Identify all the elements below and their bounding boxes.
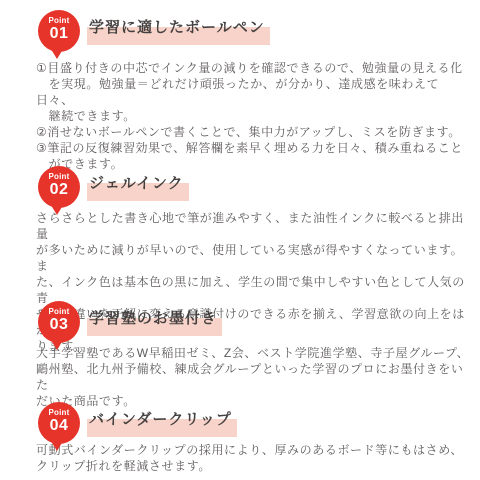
point-badge: Point 02 bbox=[38, 166, 80, 208]
point-badge: Point 01 bbox=[38, 10, 80, 52]
product-feature-panel: Point 01 学習に適したボールペン ①目盛り付きの中芯でインク量の減りを確… bbox=[0, 0, 480, 480]
section-header: Point 02 ジェルインク bbox=[38, 166, 480, 208]
point-badge: Point 03 bbox=[38, 301, 80, 343]
section-heading-text: ジェルインク bbox=[87, 176, 189, 201]
feature-section-1: Point 01 学習に適したボールペン ①目盛り付きの中芯でインク量の減りを確… bbox=[0, 10, 480, 172]
point-badge-label: Point bbox=[49, 307, 70, 316]
point-badge-label: Point bbox=[49, 408, 70, 417]
section-heading: ジェルインク bbox=[87, 176, 189, 201]
section-body-text: ①目盛り付きの中芯でインク量の減りを確認できるので、勉強量の見える化 を実現。勉… bbox=[36, 60, 470, 172]
feature-section-3: Point 03 学習塾のお墨付き 大手学習塾であるW早稲田ゼミ、Z会、ベスト学… bbox=[0, 301, 480, 409]
point-badge-label: Point bbox=[49, 172, 70, 181]
point-badge-label: Point bbox=[49, 16, 70, 25]
point-badge-number: 03 bbox=[50, 316, 69, 333]
section-header: Point 01 学習に適したボールペン bbox=[38, 10, 480, 52]
section-header: Point 04 バインダークリップ bbox=[38, 402, 480, 444]
section-heading: 学習に適したボールペン bbox=[87, 20, 270, 45]
point-badge-number: 01 bbox=[50, 25, 69, 42]
feature-section-4: Point 04 バインダークリップ 可動式バインダークリップの採用により、厚み… bbox=[0, 402, 480, 474]
point-badge: Point 04 bbox=[38, 402, 80, 444]
section-header: Point 03 学習塾のお墨付き bbox=[38, 301, 480, 343]
point-badge-number: 04 bbox=[50, 417, 69, 434]
section-body-text: 大手学習塾であるW早稲田ゼミ、Z会、ベスト学院進学塾、寺子屋グループ、 鷗州塾、… bbox=[36, 345, 470, 409]
point-badge-number: 02 bbox=[50, 181, 69, 198]
section-heading: バインダークリップ bbox=[87, 412, 237, 437]
section-heading-text: バインダークリップ bbox=[87, 412, 237, 437]
section-heading: 学習塾のお墨付き bbox=[87, 311, 222, 336]
section-body-text: 可動式バインダークリップの採用により、厚みのあるボード等にもはさめ、 クリップ折… bbox=[36, 442, 470, 474]
section-heading-text: 学習塾のお墨付き bbox=[87, 311, 222, 336]
section-heading-text: 学習に適したボールペン bbox=[87, 20, 270, 45]
